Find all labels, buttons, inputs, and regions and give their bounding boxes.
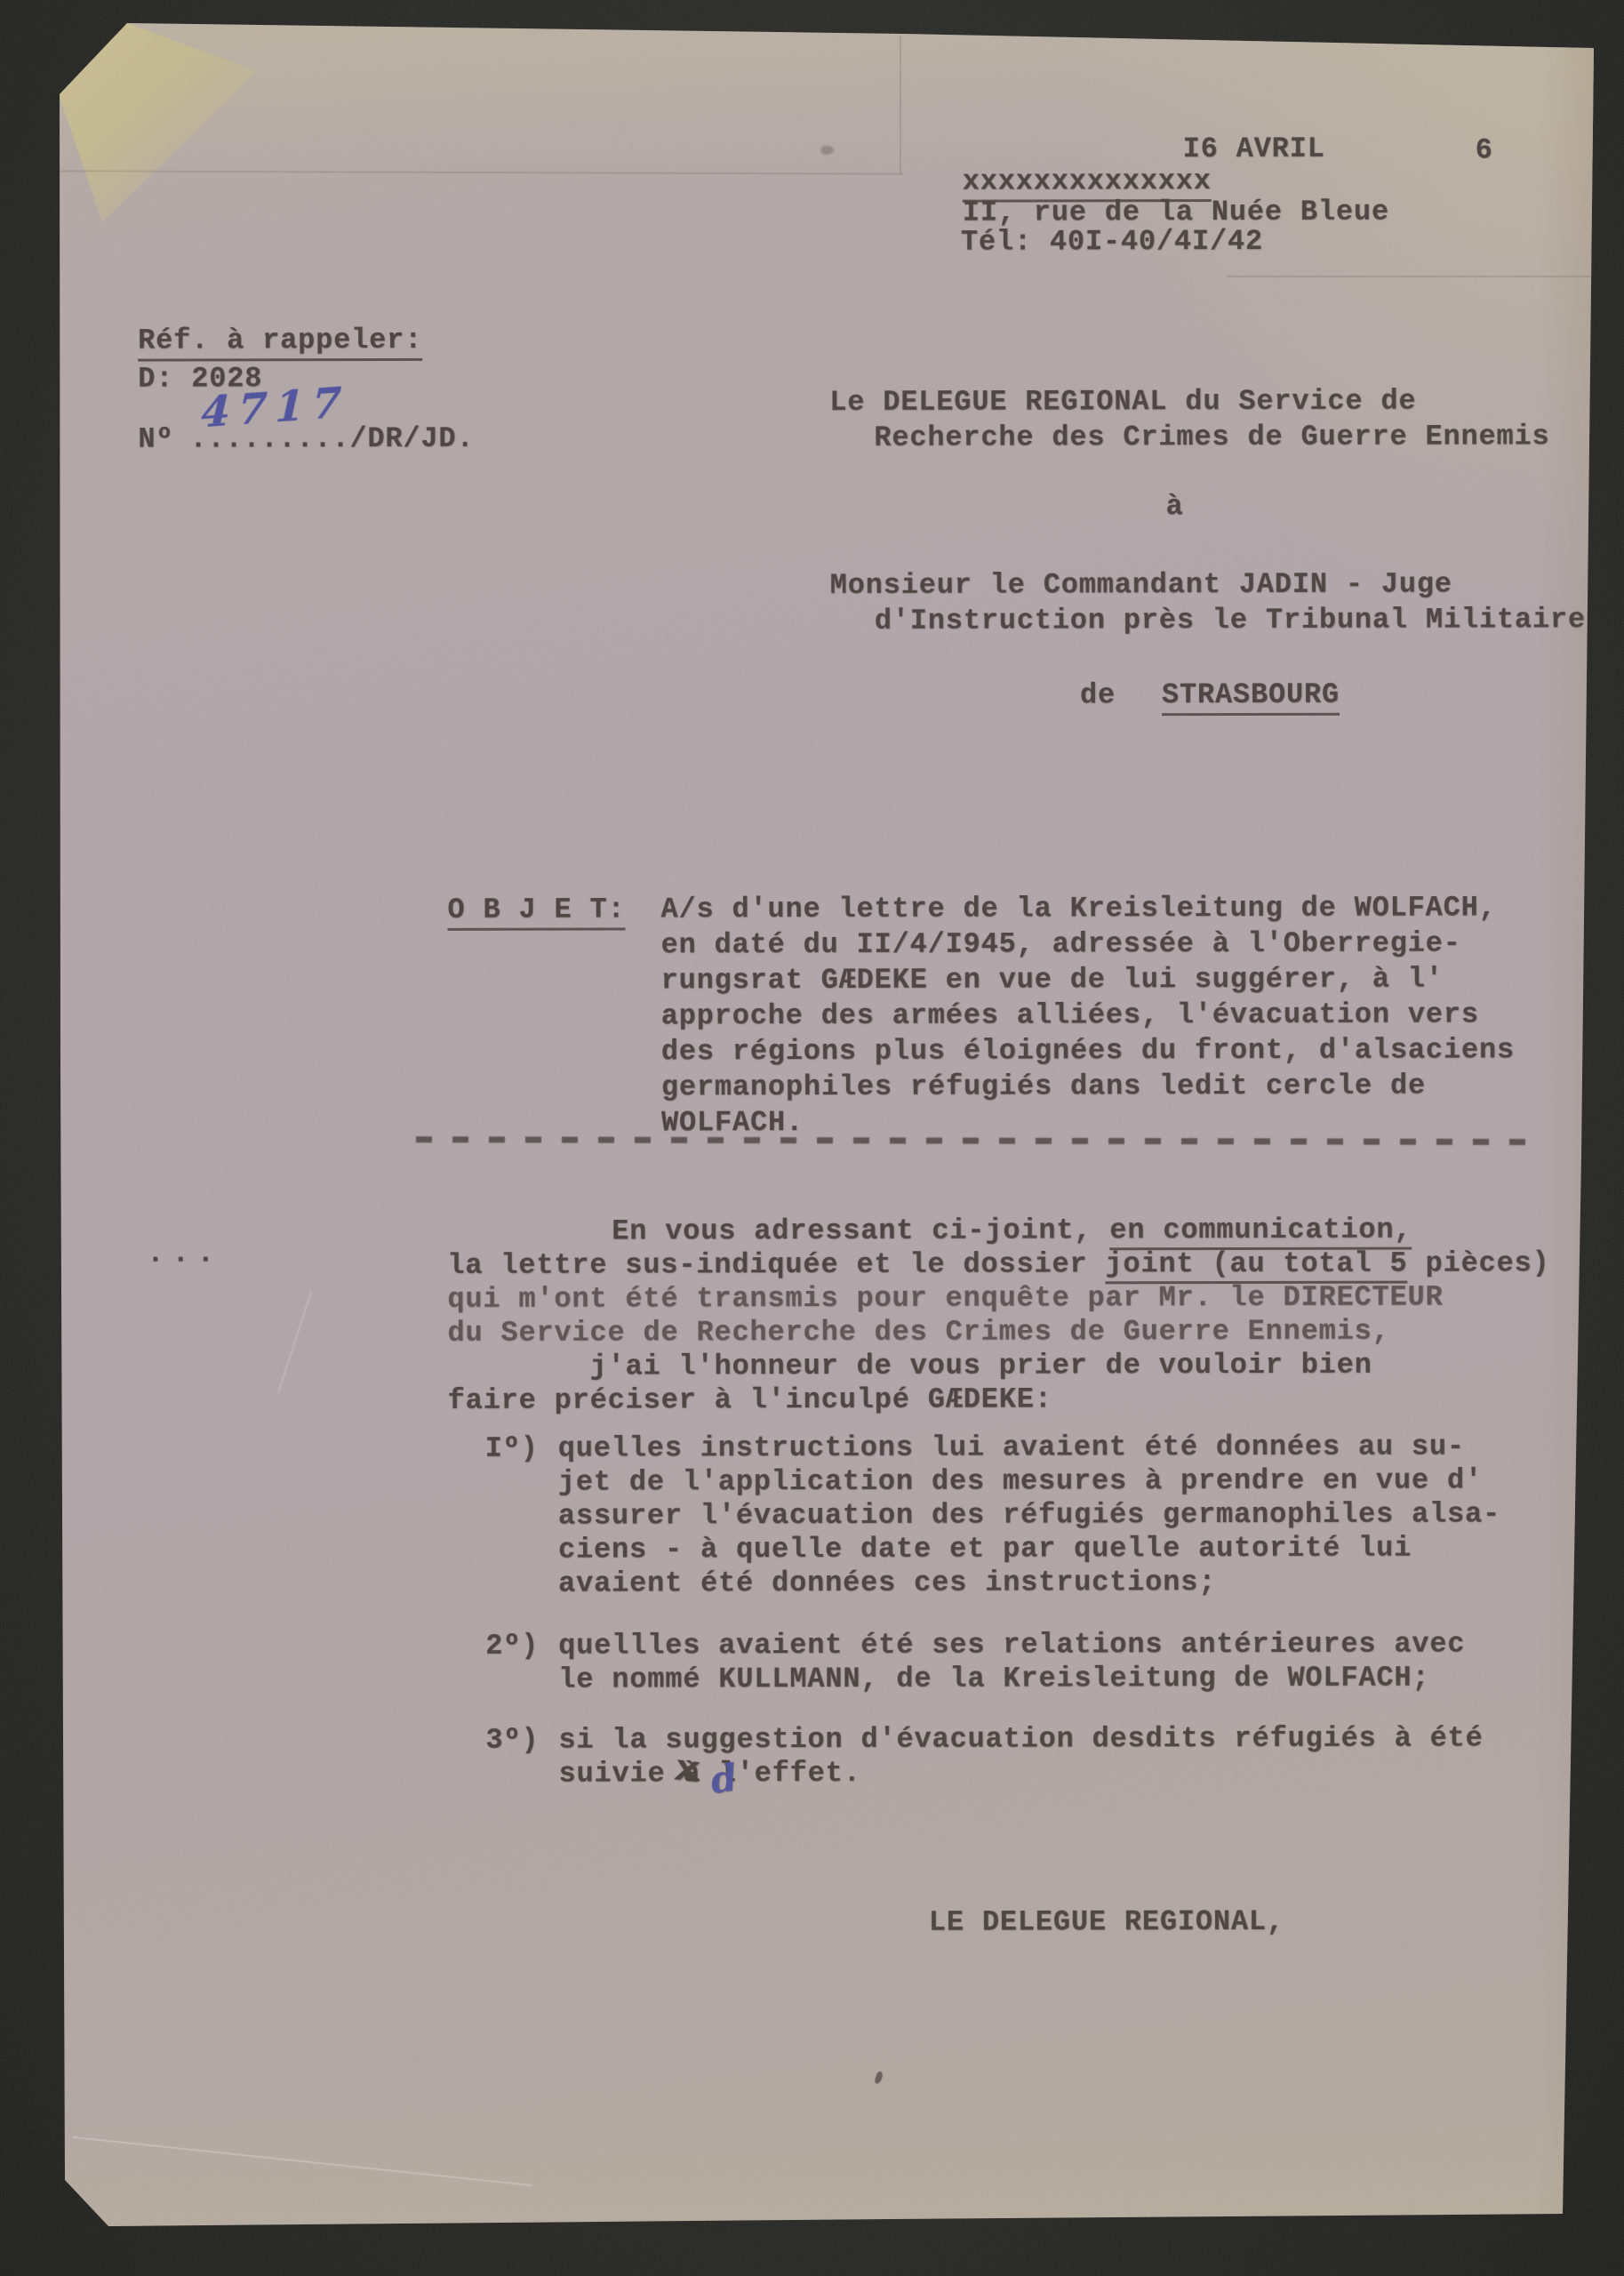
recipient-line1: Monsieur le Commandant JADIN - Juge bbox=[830, 567, 1452, 602]
item1-line: avaient été données ces instructions; bbox=[558, 1566, 1216, 1601]
number-suffix: /DR/JD. bbox=[349, 422, 474, 455]
body-line: la lettre sus-indiquée et le dossier joi… bbox=[447, 1246, 1549, 1283]
item3-line: suivie àx ld'effet. bbox=[558, 1757, 860, 1791]
reference-label: Réf. à rappeler: bbox=[138, 324, 422, 362]
handwritten-correction: d bbox=[708, 1760, 740, 1798]
item1-line: quelles instructions lui avaient été don… bbox=[558, 1430, 1465, 1465]
body-line: du Service de Recherche des Crimes de Gu… bbox=[447, 1315, 1389, 1350]
body-text: 'effet. bbox=[737, 1757, 861, 1790]
body-text: suivie bbox=[558, 1757, 683, 1790]
page-number: 6 bbox=[1476, 133, 1493, 167]
objet-line: A/s d'une lettre de la Kreisleitung de W… bbox=[660, 891, 1496, 926]
recipient-city: STRASBOURG bbox=[1162, 678, 1340, 716]
scan-background: I6 AVRIL 6 xxxxxxxxxxxxxx II, rue de la … bbox=[0, 0, 1624, 2276]
body-text: pièces) bbox=[1407, 1246, 1549, 1279]
body-line: faire préciser à l'inculpé GÆDEKE: bbox=[448, 1382, 1052, 1417]
sender-title-line1: Le DELEGUE REGIONAL du Service de bbox=[829, 385, 1416, 420]
item2-line: quellles avaient été ses relations antér… bbox=[558, 1627, 1465, 1663]
paper-sheet: I6 AVRIL 6 xxxxxxxxxxxxxx II, rue de la … bbox=[0, 0, 1624, 2276]
body-text-underlined: en communication, bbox=[1109, 1214, 1412, 1251]
item1-line: ciens - à quelle date et par quelle auto… bbox=[558, 1532, 1412, 1567]
objet-label: O B J E T: bbox=[447, 893, 625, 930]
objet-line: approche des armées alliées, l'évacuatio… bbox=[661, 998, 1479, 1033]
objet-line: WOLFACH. bbox=[661, 1106, 804, 1140]
typewritten-content: I6 AVRIL 6 xxxxxxxxxxxxxx II, rue de la … bbox=[0, 0, 1624, 2276]
margin-dots: ... bbox=[147, 1237, 222, 1270]
de-word: de bbox=[1080, 678, 1116, 712]
body-line: qui m'ont été transmis pour enquête par … bbox=[447, 1281, 1443, 1317]
closing-signature-title: LE DELEGUE REGIONAL, bbox=[929, 1905, 1284, 1940]
corrected-letter: ld bbox=[719, 1757, 737, 1791]
address-phone: Tél: 40I-40/4I/42 bbox=[961, 225, 1263, 260]
sender-title-line2: Recherche des Crimes de Guerre Ennemis bbox=[874, 420, 1549, 455]
body-line: j'ai l'honneur de vous prier de vouloir … bbox=[589, 1349, 1372, 1384]
stray-ink-mark bbox=[874, 2071, 884, 2084]
body-text: En vous adressant ci-joint, bbox=[612, 1214, 1109, 1247]
item3-number: 3º) bbox=[485, 1724, 539, 1758]
objet-line: germanophiles réfugiés dans ledit cercle… bbox=[661, 1070, 1426, 1105]
recipient-line2: d'Instruction près le Tribunal Militaire bbox=[875, 603, 1586, 638]
objet-line: en daté du II/4/I945, adressée à l'Oberr… bbox=[661, 926, 1461, 962]
body-line: En vous adressant ci-joint, en communica… bbox=[612, 1214, 1412, 1249]
body-text-underlined: joint (au total 5 bbox=[1105, 1247, 1407, 1285]
date-line: I6 AVRIL bbox=[1183, 132, 1325, 166]
struck-out-char: àx bbox=[683, 1757, 700, 1791]
stray-ink-smudge bbox=[821, 146, 834, 155]
dashed-separator bbox=[416, 1136, 1536, 1145]
item2-line: le nommé KULLMANN, de la Kreisleitung de… bbox=[558, 1662, 1429, 1697]
item1-number: Iº) bbox=[485, 1432, 539, 1466]
item1-line: jet de l'application des mesures à prend… bbox=[558, 1463, 1483, 1499]
item1-line: assurer l'évacuation des réfugiés german… bbox=[558, 1497, 1500, 1533]
number-prefix: Nº bbox=[138, 423, 173, 456]
objet-line: des régions plus éloignées du front, d'a… bbox=[661, 1033, 1515, 1069]
objet-line: rungsrat GÆDEKE en vue de lui suggérer, … bbox=[661, 963, 1444, 998]
body-text: la lettre sus-indiquée et le dossier bbox=[447, 1247, 1105, 1282]
to-word: à bbox=[1165, 490, 1183, 524]
item2-number: 2º) bbox=[485, 1630, 539, 1663]
